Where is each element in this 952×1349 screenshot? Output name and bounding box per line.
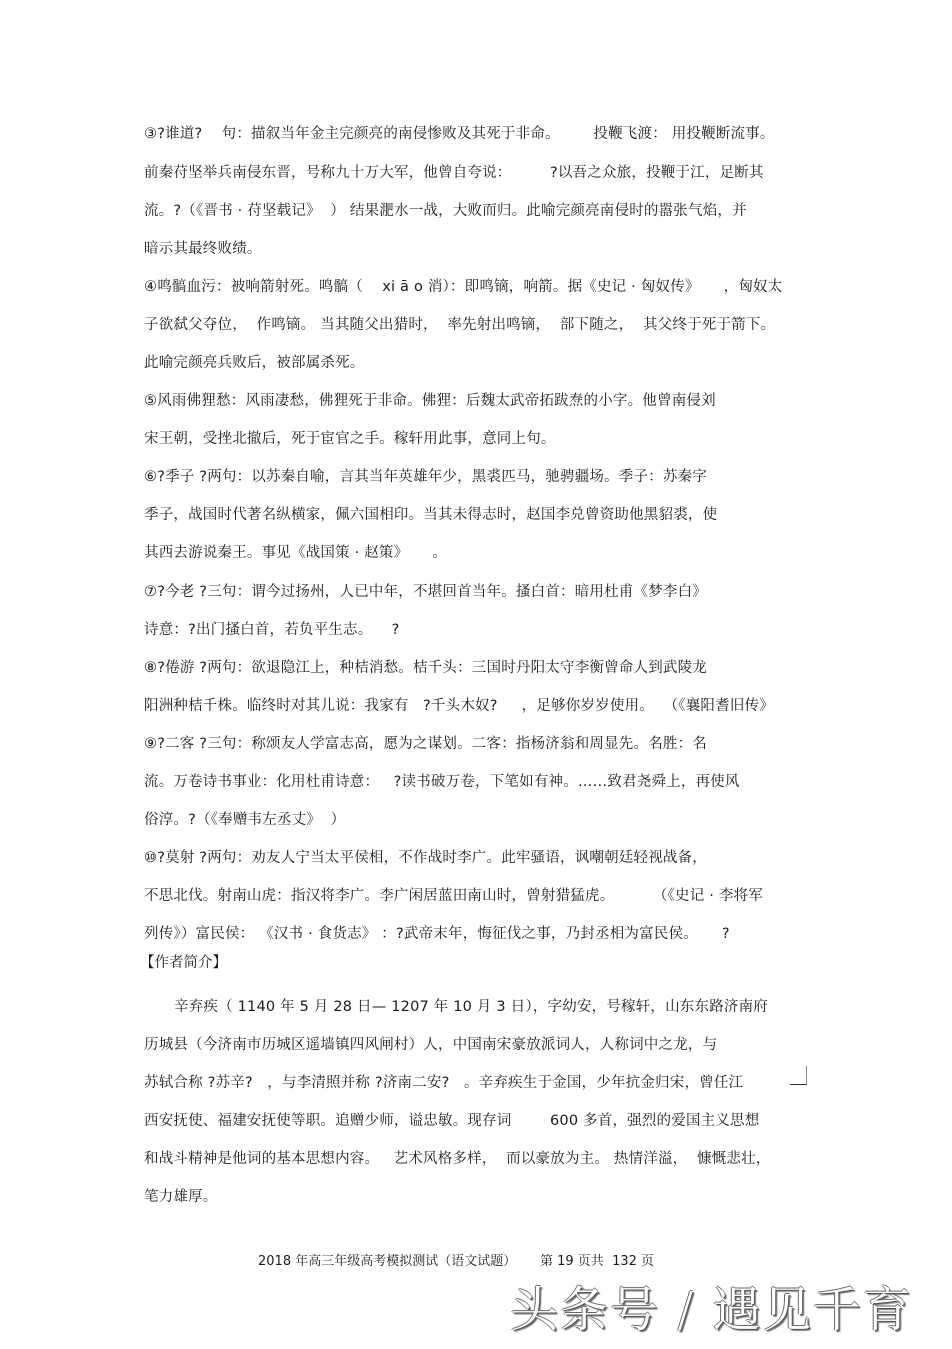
footer-page-info: 第 19 页共 132 页 <box>540 1253 654 1271</box>
note-line: 诗意：?出门搔白首，若负平生志。 ? <box>144 620 400 640</box>
note-line: 子欲弑父夺位， 作鸣镝。 当其随父出猎时， 率先射出鸣镝， 部下随之， 其父终于… <box>144 315 775 335</box>
note-line: ⑨?二客 ?三句：称颂友人学富志高，愿为之谋划。二客：指杨济翁和周显先。名胜：名 <box>144 734 707 754</box>
note-line: 此喻完颜亮兵败后，被部属杀死。 <box>144 353 365 373</box>
author-line: 和战斗精神是他词的基本思想内容。 艺术风格多样， 而以豪放为主。 热情洋溢， 慷… <box>144 1149 770 1169</box>
margin-corner-mark <box>790 1066 807 1085</box>
author-line: 历城县（今济南市历城区遥墙镇四风闸村）人，中国南宋豪放派词人，人称词中之龙，与 <box>144 1035 717 1055</box>
note-line: 其西去游说秦王。事见《战国策 · 赵策》 。 <box>144 543 447 563</box>
document-page: ③?谁道? 句：描叙当年金主完颜亮的南侵惨败及其死于非命。 投鞭飞渡： 用投鞭断… <box>0 0 952 1349</box>
note-line: 宋王朝，受挫北撤后，死于宦官之手。稼轩用此事，意同上句。 <box>144 429 556 449</box>
footer-exam-title: 2018 年高三年级高考模拟测试（语文试题） <box>258 1253 516 1271</box>
note-line: 流。?（《晋书 · 苻坚载记》 ） 结果淝水一战，大败而归。此喻完颜亮南侵时的嚣… <box>144 201 747 221</box>
note-line: ⑤风雨佛狸愁：风雨凄愁，佛狸死于非命。佛狸：后魏太武帝拓跋焘的小字。他曾南侵刘 <box>144 391 716 411</box>
note-line: ③?谁道? 句：描叙当年金主完颜亮的南侵惨败及其死于非命。 投鞭飞渡： 用投鞭断… <box>144 124 775 144</box>
note-line: 不思北伐。射南山虎：指汉将李广。李广闲居蓝田南山时，曾射猎猛虎。 （《史记 · … <box>144 886 763 906</box>
author-intro-heading: 【作者简介】 <box>140 953 227 973</box>
note-line: 流。万卷诗书事业：化用杜甫诗意： ?读书破万卷，下笔如有神。……致君尧舜上，再使… <box>144 772 740 792</box>
author-line: 西安抚使、福建安抚使等职。追赠少师，谥忠敏。现存词 600 多首，强烈的爱国主义… <box>144 1111 759 1131</box>
note-line: 阳洲种桔千株。临终时对其儿说：我家有 ?千头木奴? ，足够你岁岁使用。 （《襄阳… <box>144 696 774 716</box>
note-line: 俗淳。?（《奉赠韦左丞丈》 ） <box>144 810 345 830</box>
note-line: 暗示其最终败绩。 <box>144 239 262 259</box>
note-line: ⑧?倦游 ?两句：欲退隐江上，种桔消愁。桔千头：三国时丹阳太守李衡曾命人到武陵龙 <box>144 658 707 678</box>
author-line: 笔力雄厚。 <box>144 1187 218 1207</box>
note-line: ⑦?今老 ?三句：谓今过扬州，人已中年，不堪回首当年。搔白首：暗用杜甫《梦李白》 <box>144 582 707 602</box>
note-line: ④鸣髇血污：被响箭射死。鸣髇（ xi ā o 消）：即鸣镝，响箭。据《史记 · … <box>144 277 782 297</box>
note-line: 前秦苻坚举兵南侵东晋，号称九十万大军，他曾自夸说： ?以吾之众旅，投鞭于江，足断… <box>144 163 764 183</box>
note-line: 季子，战国时代著名纵横家，佩六国相印。当其未得志时，赵国李兑曾资助他黑貂裘，使 <box>144 505 717 525</box>
note-line: ⑥?季子 ?两句：以苏秦自喻，言其当年英雄年少，黑裘匹马，驰骋疆场。季子：苏秦字 <box>144 467 707 487</box>
watermark: 头条号 / 遇见千育 <box>510 1282 913 1338</box>
author-line: 辛弃疾（ 1140 年 5 月 28 日— 1207 年 10 月 3 日），字… <box>174 997 768 1017</box>
note-line: 列传》）富民侯： 《汉书 · 食货志》 ：?武帝末年，悔征伐之事，乃封丞相为富民… <box>144 924 730 944</box>
author-line: 苏轼合称 ?苏辛? ，与李清照并称 ?济南二安? 。辛弃疾生于金国，少年抗金归宋… <box>144 1073 743 1093</box>
note-line: ⑩?莫射 ?两句：劝友人宁当太平侯相，不作战时李广。此牢骚语，讽嘲朝廷轻视战备， <box>144 848 707 868</box>
